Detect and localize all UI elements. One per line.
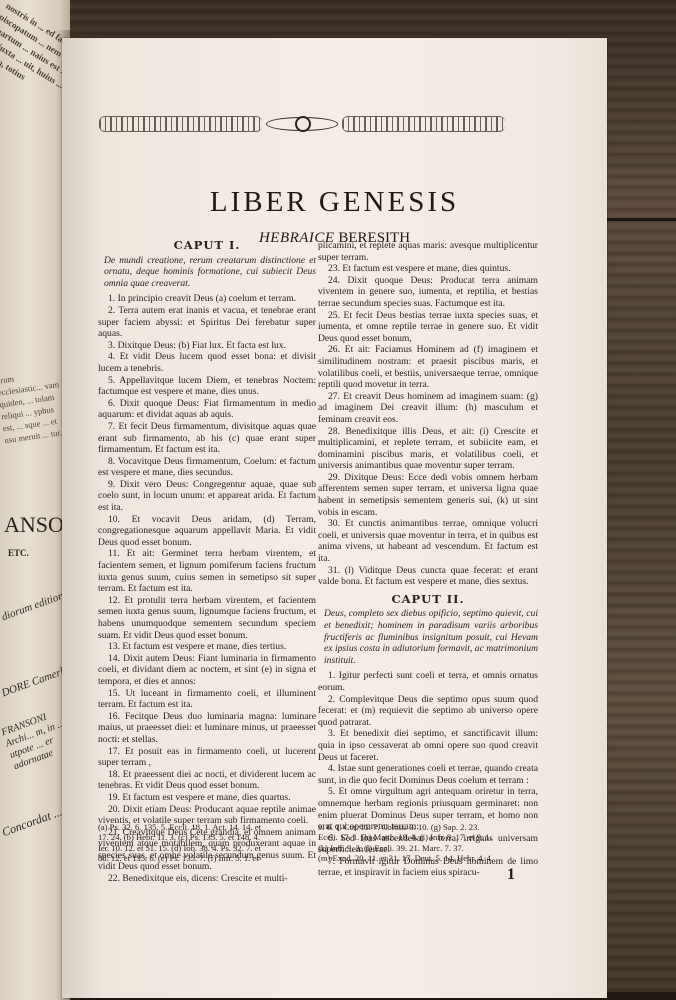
ornament-band-right — [342, 116, 505, 132]
verse: 2. Terra autem erat inanis et vacua, et … — [98, 305, 316, 340]
book-title: LIBER GENESIS — [62, 186, 607, 219]
verse: 31. (l) Viditque Deus cuncta quae fecera… — [318, 565, 538, 588]
verse: 14. Dixit autem Deus: Fiant luminaria in… — [98, 653, 316, 688]
verse: 19. Et factum est vespere et mane, dies … — [98, 792, 316, 804]
verse: 2. Complevitque Deus die septimo opus su… — [318, 694, 538, 729]
wood-plank-seam — [605, 218, 676, 221]
footnote-line: Ier. 10. 12. et 51. 15. (d) Iob. 38. 4. … — [98, 843, 316, 853]
verse: 23. Et factum est vespere et mane, dies … — [318, 263, 538, 275]
footnote-line: 17. 24. (b) Hebr. 11. 3. (c) Ps. 135. 5.… — [98, 832, 316, 842]
chapter-summary-1: De mundi creatione, rerum creatarum dist… — [98, 255, 316, 290]
verse: 25. Et fecit Deus bestias terrae iuxta s… — [318, 310, 538, 345]
verse: 5. Appellavitque lucem Diem, et tenebras… — [98, 375, 316, 398]
verse: 24. Dixit quoque Deus: Producat terra an… — [318, 275, 538, 310]
verse: 9. Dixit vero Deus: Congregentur aquae, … — [98, 479, 316, 514]
ornament-band-left — [99, 116, 262, 132]
verse: 11. Et ait: Germinet terra herbam virent… — [98, 548, 316, 594]
footnote-line: Eccli. 17. 1. (h) Matth. 19. 4. (i) Infr… — [318, 832, 540, 842]
footnote-line: (m) Exod. 20. 11. et 31. 17. Deut. 5. 14… — [318, 853, 540, 863]
verse: 30. Et cunctis animantibus terrae, omniq… — [318, 518, 538, 564]
footnote-line: (a) Ps. 32. 6. 135. 5. Eccli. 18. 1. Act… — [98, 822, 316, 832]
text-column-right: plicamini, et replete aquas maris: avesq… — [318, 240, 538, 879]
decorative-header-ornament — [99, 114, 505, 134]
verse: 22. Benedixitque eis, dicens: Crescite e… — [98, 873, 316, 885]
verse: 27. Et creavit Deus hominem ad imaginem … — [318, 391, 538, 426]
verse: 7. Et fecit Deus firmamentum, divisitque… — [98, 421, 316, 456]
verse-continuation: plicamini, et replete aquas maris: avesq… — [318, 240, 538, 263]
page-number: 1 — [507, 866, 515, 884]
verse: 12. Et protulit terra herbam virentem, e… — [98, 595, 316, 641]
verse: 17. Et posuit eas in firmamento coeli, u… — [98, 746, 316, 769]
verse: 18. Et praeessent diei ac nocti, et divi… — [98, 769, 316, 792]
chapter-heading-1: CAPUT I. — [98, 240, 316, 252]
verse: 1. Igitur perfecti sunt coeli et terra, … — [318, 670, 538, 693]
verse: 13. Et factum est vespere et mane, dies … — [98, 641, 316, 653]
verse: 26. Et ait: Faciamus Hominem ad (f) imag… — [318, 344, 538, 390]
verse: 10. Et vocavit Deus aridam, (d) Terram, … — [98, 514, 316, 549]
footnote-line: 9. 6. 1. Cor. 11. 7. Coloss. 3. 10. (g) … — [318, 822, 540, 832]
chapter-heading-2: CAPUT II. — [318, 594, 538, 606]
footnotes-left: (a) Ps. 32. 6. 135. 5. Eccli. 18. 1. Act… — [98, 822, 316, 864]
verse: 28. Benedixitque illis Deus, et ait: (i)… — [318, 426, 538, 472]
footnote-line: (k) Infr. 9. 3. (l) Eccli. 39. 21. Marc.… — [318, 843, 540, 853]
verse: 4. Et vidit Deus lucem quod esset bona: … — [98, 351, 316, 374]
verse: 16. Fecitque Deus duo luminaria magna: l… — [98, 711, 316, 746]
verse: 15. Ut luceant in firmamento coeli, et i… — [98, 688, 316, 711]
verse: 3. Et benedixit diei septimo, et sanctif… — [318, 728, 538, 763]
left-page-etc: ETC. — [8, 548, 29, 558]
winged-emblem-icon — [266, 117, 338, 131]
footnote-line: 88. 12. et 135. 6. (e) Ps. 135. 7. (f) I… — [98, 853, 316, 863]
verse: 4. Istae sunt generationes coeli et terr… — [318, 763, 538, 786]
verse: 6. Dixit quoque Deus: Fiat firmamentum i… — [98, 398, 316, 421]
verse: 3. Dixitque Deus: (b) Fiat lux. Et facta… — [98, 340, 316, 352]
verse: 8. Vocavitque Deus firmamentum, Coelum: … — [98, 456, 316, 479]
text-column-left: CAPUT I. De mundi creatione, rerum creat… — [98, 240, 316, 885]
verse: 29. Dixitque Deus: Ecce dedi vobis omnem… — [318, 472, 538, 518]
footnotes-right: 9. 6. 1. Cor. 11. 7. Coloss. 3. 10. (g) … — [318, 822, 540, 864]
chapter-summary-2: Deus, completo sex diebus opificio, sept… — [318, 608, 538, 666]
verse: 1. In principio creavit Deus (a) coelum … — [98, 293, 316, 305]
